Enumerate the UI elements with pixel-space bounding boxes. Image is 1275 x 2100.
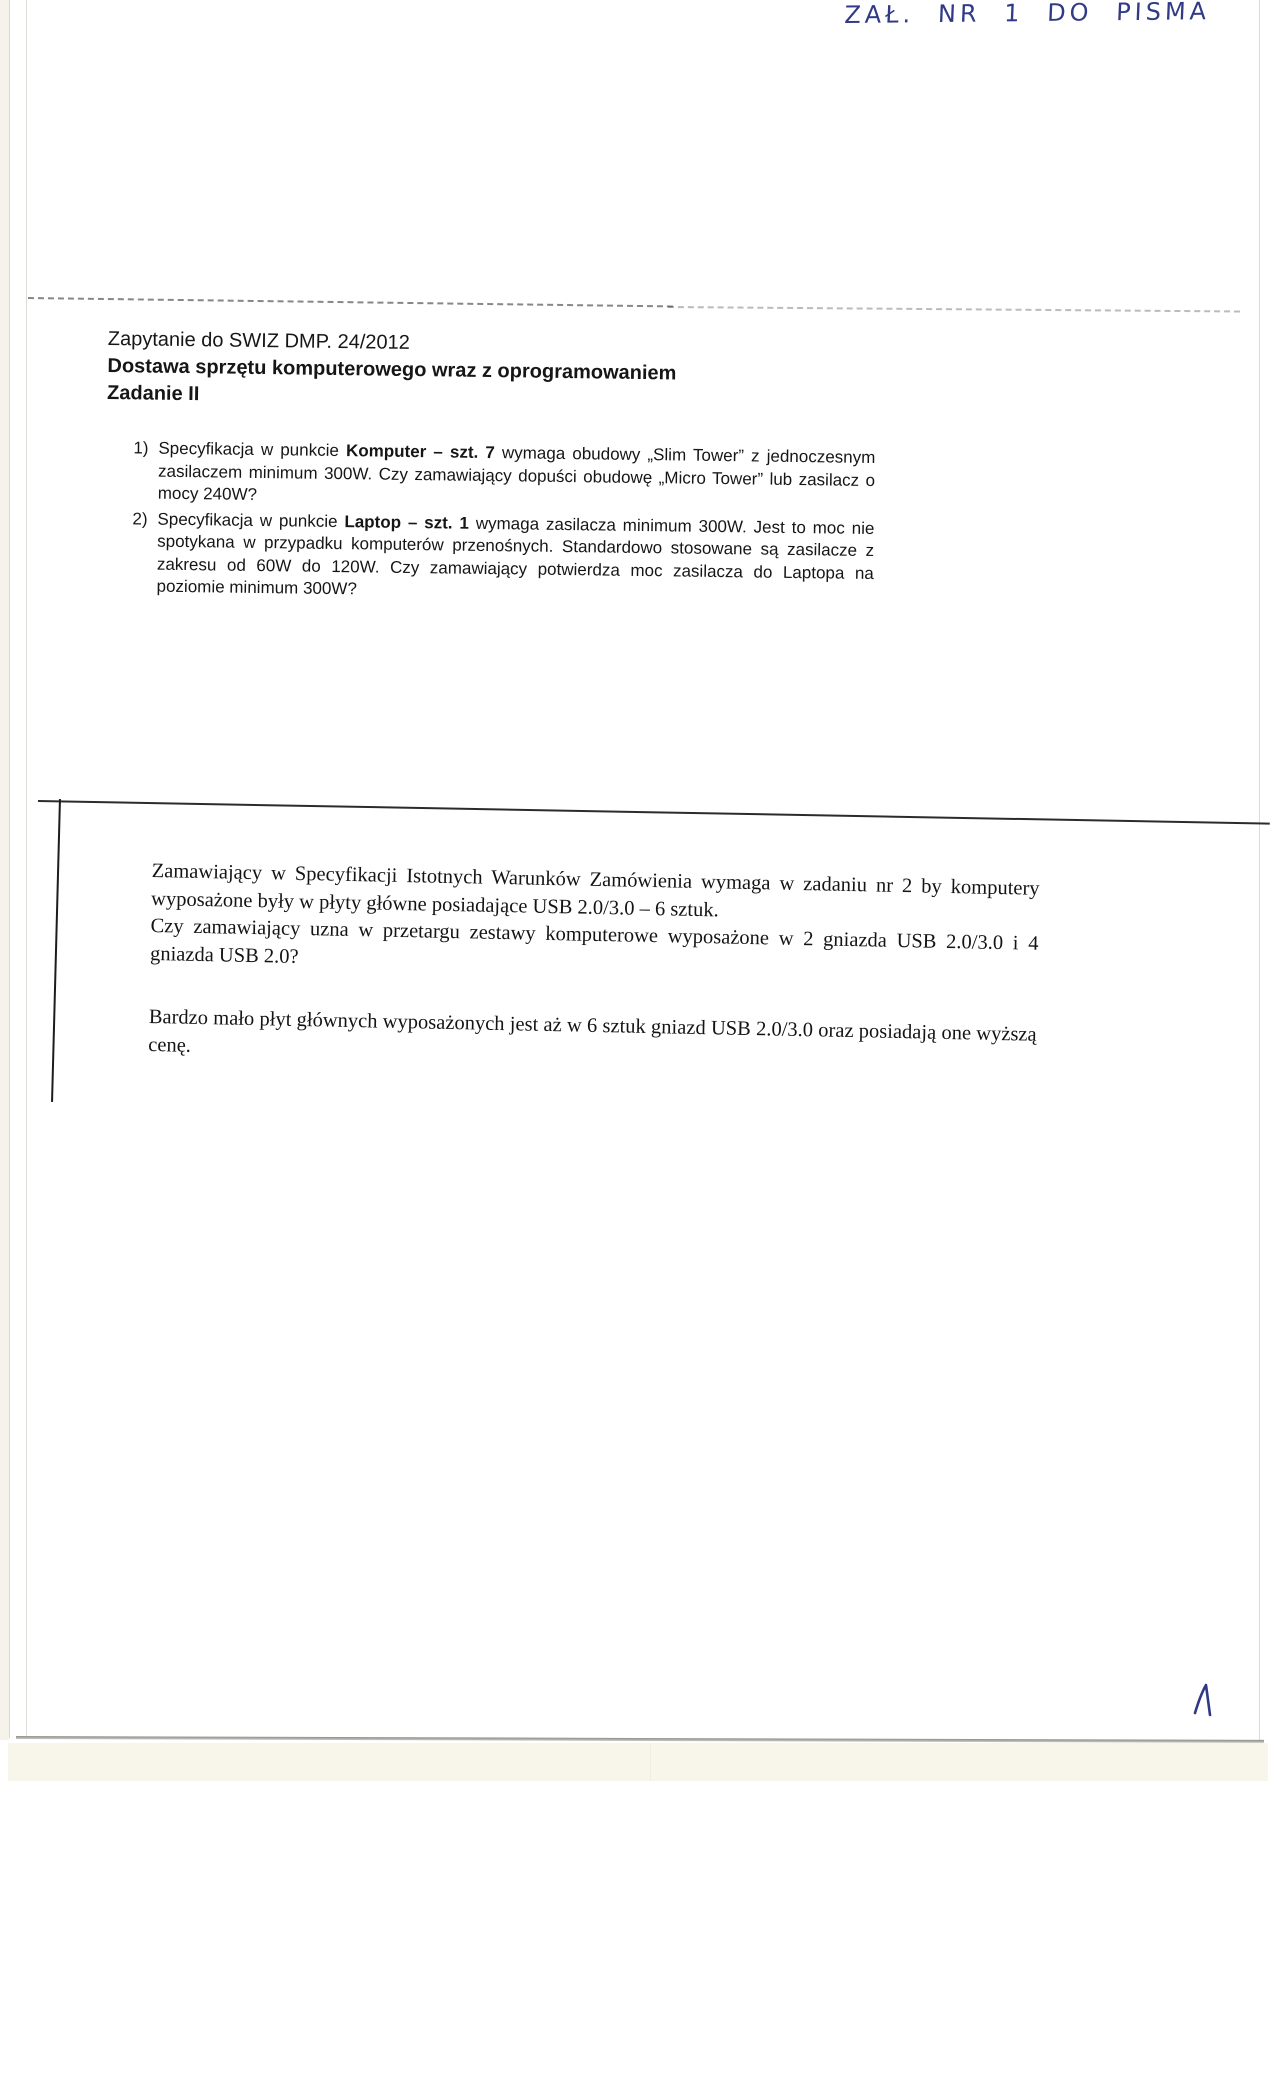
- section-separator-line: [38, 800, 1270, 825]
- question-number: 1): [106, 437, 159, 505]
- question-lead: Specyfikacja w punkcie: [157, 509, 337, 530]
- scanner-bed-band: [8, 1743, 1268, 1781]
- handwritten-page-number: [1192, 1682, 1220, 1723]
- question-text: Specyfikacja w punkcie Komputer – szt. 7…: [158, 438, 876, 515]
- question-emphasis: Laptop – szt. 1: [344, 512, 469, 533]
- page-bottom-edge: [16, 1736, 1264, 1743]
- question-number: 2): [104, 507, 157, 598]
- question-item-2: 2) Specyfikacja w punkcie Laptop – szt. …: [104, 507, 885, 607]
- scan-artifact-line-right: [1259, 0, 1260, 1740]
- usb-remark-paragraph: Bardzo mało płyt głównych wyposażonych j…: [148, 1004, 1037, 1077]
- scanned-page: ZAŁ. NR 1 DO PISMA Zapytanie do SWIZ DMP…: [0, 0, 1275, 2100]
- question-item-1: 1) Specyfikacja w punkcie Komputer – szt…: [106, 437, 887, 515]
- scan-artifact-line-left-inner: [26, 0, 27, 1738]
- section-left-margin-line: [51, 799, 61, 1102]
- question-list: 1) Specyfikacja w punkcie Komputer – szt…: [104, 437, 886, 608]
- usb-question-section: Zamawiający w Specyfikacji Istotnych War…: [148, 858, 1040, 1077]
- question-text: Specyfikacja w punkcie Laptop – szt. 1 w…: [156, 508, 874, 607]
- question-emphasis: Komputer – szt. 7: [346, 441, 495, 462]
- inquiry-section: Zapytanie do SWIZ DMP. 24/2012 Dostawa s…: [104, 326, 888, 611]
- question-lead: Specyfikacja w punkcie: [158, 439, 339, 460]
- fold-dashed-line-faint: [668, 306, 1240, 312]
- fold-dashed-line: [28, 297, 673, 307]
- handwritten-digit-one-icon: [1192, 1682, 1220, 1718]
- scan-margin-strip: [0, 0, 9, 1740]
- scan-artifact-line-left-outer: [9, 0, 10, 1738]
- document-header: Zapytanie do SWIZ DMP. 24/2012 Dostawa s…: [107, 326, 888, 417]
- handwritten-attachment-note: ZAŁ. NR 1 DO PISMA: [844, 0, 1211, 29]
- scanner-bed-seam: [650, 1743, 651, 1781]
